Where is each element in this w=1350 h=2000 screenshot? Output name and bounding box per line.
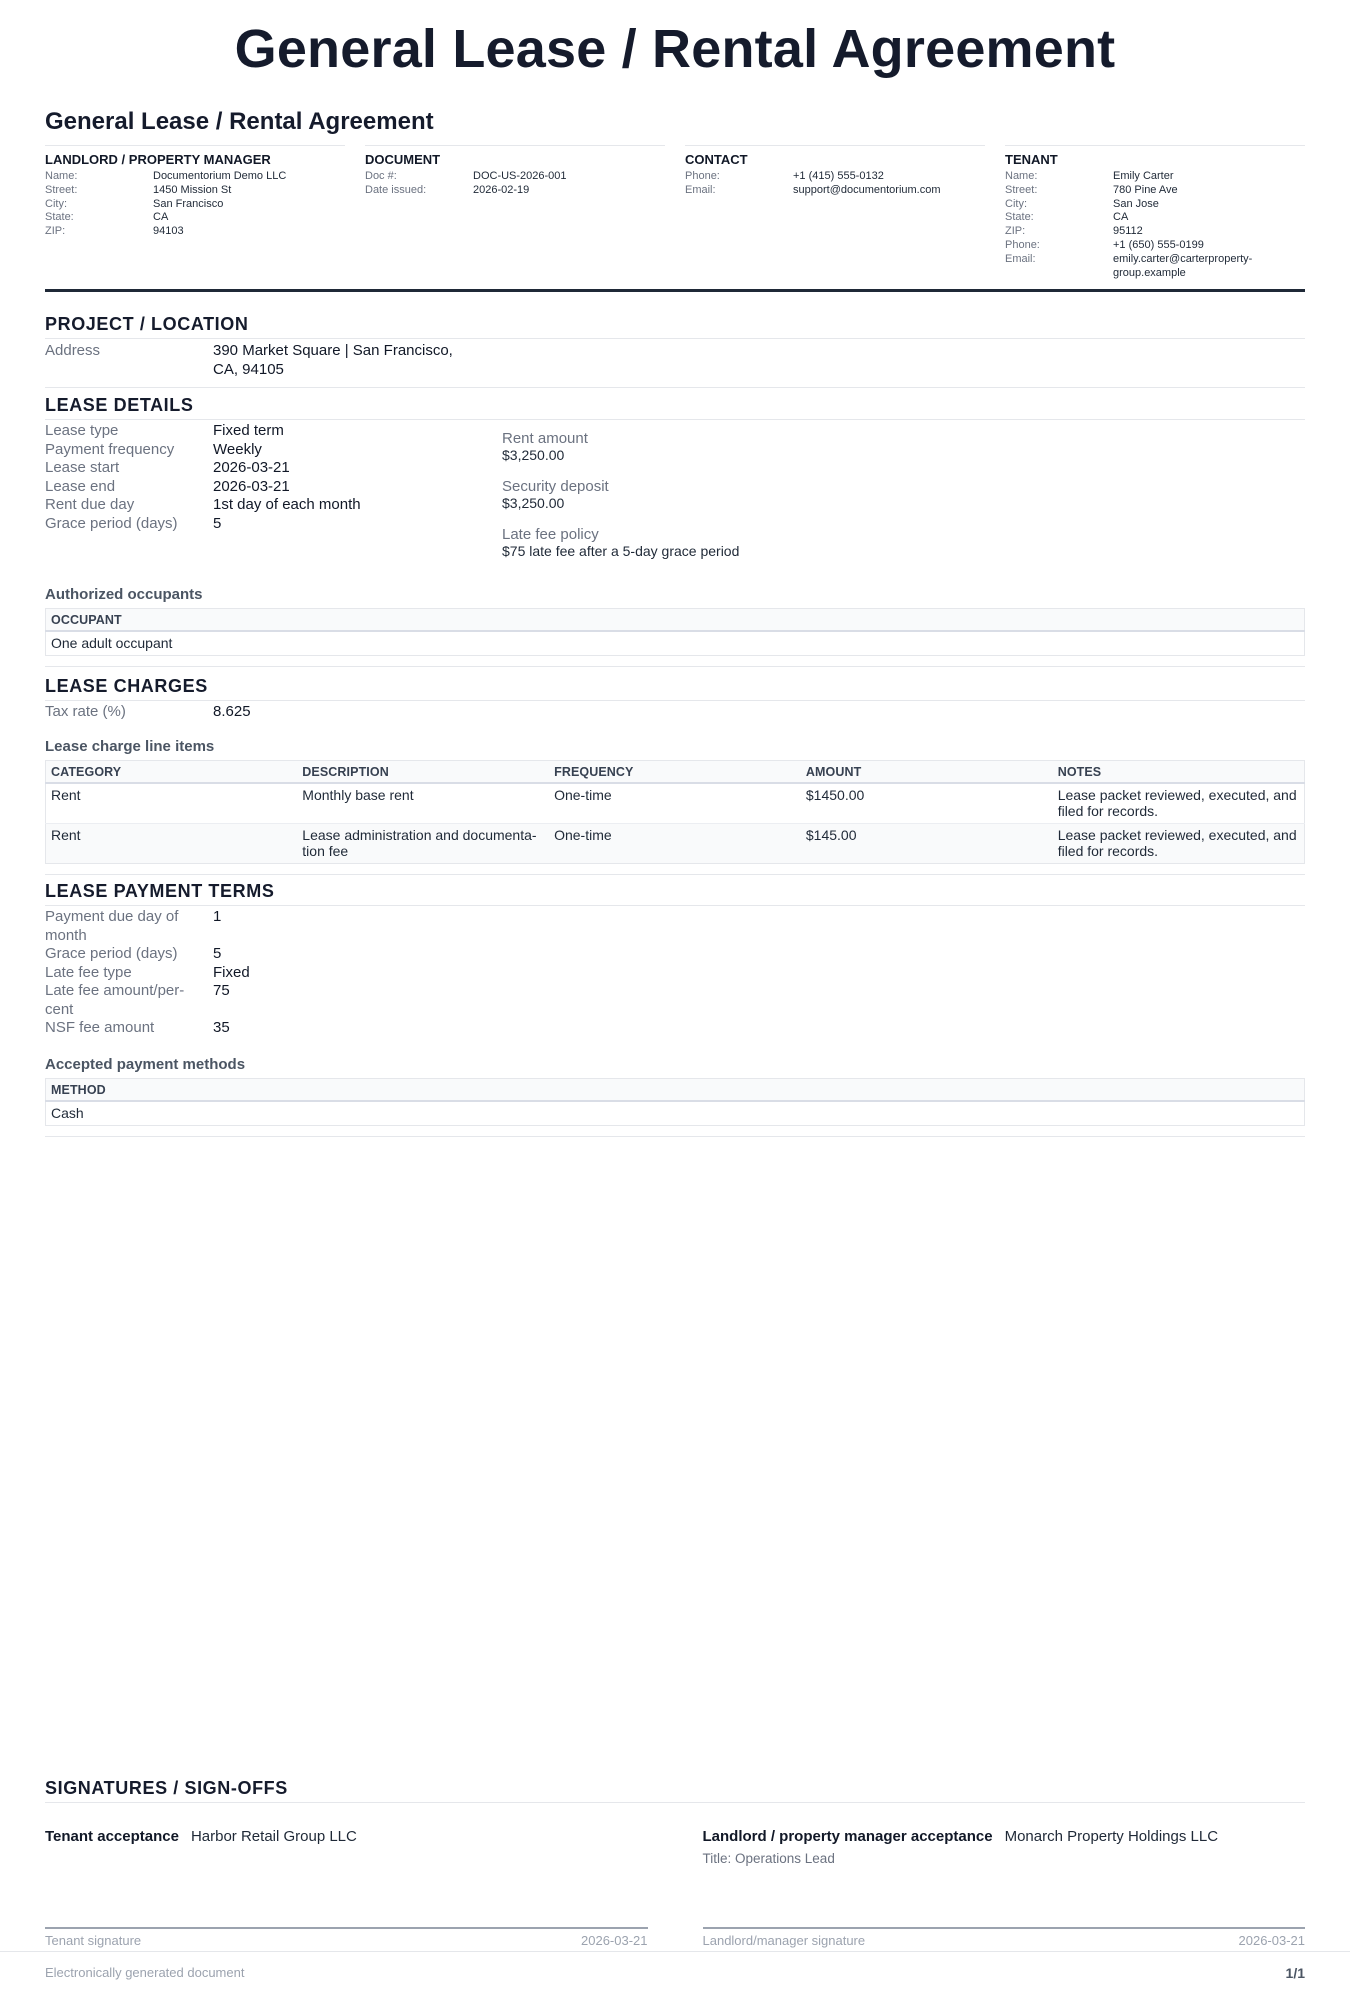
line-items-table: CATEGORY DESCRIPTION FREQUENCY AMOUNT NO… bbox=[45, 760, 1305, 864]
payment-terms-section: LEASE PAYMENT TERMS Payment due day of m… bbox=[45, 881, 1305, 1137]
amount-cell: $145.00 bbox=[801, 823, 1053, 863]
column-header: METHOD bbox=[46, 1078, 1305, 1101]
tenant-signature-block: Tenant acceptanceHarbor Retail Group LLC… bbox=[45, 1828, 648, 1948]
field-label: Rent due day bbox=[45, 496, 213, 515]
field-label: Phone: bbox=[1005, 239, 1113, 253]
document-heading: DOCUMENT bbox=[365, 152, 665, 167]
doc-number: DOC-US-2026-001 bbox=[473, 170, 567, 184]
tax-rate-label: Tax rate (%) bbox=[45, 703, 213, 722]
landlord-signature-date: 2026-03-21 bbox=[1239, 1933, 1306, 1948]
late-fee-amount: 75 bbox=[213, 982, 230, 1019]
field-label: Phone: bbox=[685, 170, 793, 184]
notes-cell: Lease packet reviewed, executed, and fil… bbox=[1053, 783, 1305, 824]
tenant-heading: TENANT bbox=[1005, 152, 1305, 167]
tenant-block: TENANT Name:Emily Carter Street:780 Pine… bbox=[1005, 145, 1305, 280]
tenant-zip: 95112 bbox=[1113, 225, 1143, 239]
landlord-signature-label: Landlord/manager signature bbox=[703, 1933, 866, 1948]
nsf-fee-amount: 35 bbox=[213, 1019, 230, 1038]
document-block: DOCUMENT Doc #:DOC-US-2026-001 Date issu… bbox=[365, 145, 665, 280]
page-number: 1/1 bbox=[1286, 1965, 1305, 1981]
column-header: DESCRIPTION bbox=[297, 760, 549, 783]
project-section: PROJECT / LOCATION Address 390 Market Sq… bbox=[45, 314, 1305, 388]
field-label: Lease start bbox=[45, 459, 213, 478]
security-deposit-label: Security deposit bbox=[502, 478, 739, 495]
field-label: Street: bbox=[45, 184, 153, 198]
field-label: Date issued: bbox=[365, 184, 473, 198]
address-value: 390 Market Square | San Francisco, CA, 9… bbox=[213, 342, 473, 379]
method-cell: Cash bbox=[46, 1101, 1305, 1126]
contact-email: support@documentorium.com bbox=[793, 184, 941, 198]
notes-cell: Lease packet reviewed, executed, and fil… bbox=[1053, 823, 1305, 863]
tenant-signature-label: Tenant signature bbox=[45, 1933, 141, 1948]
header-divider bbox=[45, 289, 1305, 292]
field-label: City: bbox=[1005, 198, 1113, 212]
rent-amount-label: Rent amount bbox=[502, 430, 739, 447]
column-header: FREQUENCY bbox=[549, 760, 801, 783]
signatures-section: SIGNATURES / SIGN-OFFS Tenant acceptance… bbox=[45, 1778, 1305, 1948]
landlord-title: Title: Operations Lead bbox=[703, 1851, 1306, 1866]
description-cell: Lease administration and documenta-tion … bbox=[297, 823, 549, 863]
lease-charges-section: LEASE CHARGES Tax rate (%) 8.625 Lease c… bbox=[45, 676, 1305, 875]
frequency-cell: One-time bbox=[549, 823, 801, 863]
amount-cell: $1450.00 bbox=[801, 783, 1053, 824]
field-label: ZIP: bbox=[1005, 225, 1113, 239]
payment-frequency: Weekly bbox=[213, 441, 262, 460]
tenant-signature-date: 2026-03-21 bbox=[581, 1933, 648, 1948]
field-label: Late fee type bbox=[45, 964, 195, 983]
landlord-signature-line[interactable]: Landlord/manager signature 2026-03-21 bbox=[703, 1927, 1306, 1948]
footer-divider bbox=[0, 1951, 1350, 1952]
lease-end: 2026-03-21 bbox=[213, 478, 290, 497]
landlord-acceptance-label: Landlord / property manager acceptance bbox=[703, 1828, 993, 1845]
landlord-name: Documentorium Demo LLC bbox=[153, 170, 286, 184]
tenant-email: emily.carter@carterproperty-group.exampl… bbox=[1113, 253, 1273, 281]
landlord-zip: 94103 bbox=[153, 225, 184, 239]
rent-amount: $3,250.00 bbox=[502, 447, 739, 464]
column-header: CATEGORY bbox=[46, 760, 298, 783]
address-label: Address bbox=[45, 342, 213, 379]
tenant-signature-line[interactable]: Tenant signature 2026-03-21 bbox=[45, 1927, 648, 1948]
tenant-state: CA bbox=[1113, 211, 1128, 225]
landlord-state: CA bbox=[153, 211, 168, 225]
payment-due-day: 1 bbox=[213, 908, 221, 945]
occupant-cell: One adult occupant bbox=[46, 631, 1305, 656]
field-label: Email: bbox=[685, 184, 793, 198]
occupants-heading: Authorized occupants bbox=[45, 586, 1305, 603]
landlord-acceptance-name: Monarch Property Holdings LLC bbox=[1005, 1828, 1218, 1845]
contact-block: CONTACT Phone:+1 (415) 555-0132 Email:su… bbox=[685, 145, 985, 280]
contact-phone: +1 (415) 555-0132 bbox=[793, 170, 884, 184]
header-info: LANDLORD / PROPERTY MANAGER Name:Documen… bbox=[45, 145, 1305, 280]
contact-heading: CONTACT bbox=[685, 152, 985, 167]
table-row: One adult occupant bbox=[46, 631, 1305, 656]
landlord-block: LANDLORD / PROPERTY MANAGER Name:Documen… bbox=[45, 145, 345, 280]
field-label: Payment frequency bbox=[45, 441, 213, 460]
tenant-phone: +1 (650) 555-0199 bbox=[1113, 239, 1204, 253]
field-label: Grace period (days) bbox=[45, 515, 213, 534]
tenant-acceptance-name: Harbor Retail Group LLC bbox=[191, 1828, 357, 1845]
tenant-city: San Jose bbox=[1113, 198, 1159, 212]
field-label: Email: bbox=[1005, 253, 1113, 281]
security-deposit: $3,250.00 bbox=[502, 495, 739, 512]
late-fee-policy-label: Late fee policy bbox=[502, 526, 739, 543]
grace-period-days: 5 bbox=[213, 945, 221, 964]
category-cell: Rent bbox=[46, 823, 298, 863]
column-header: AMOUNT bbox=[801, 760, 1053, 783]
field-label: Name: bbox=[45, 170, 153, 184]
lease-start: 2026-03-21 bbox=[213, 459, 290, 478]
footer-note: Electronically generated document bbox=[45, 1965, 244, 1980]
field-label: Doc #: bbox=[365, 170, 473, 184]
tenant-street: 780 Pine Ave bbox=[1113, 184, 1178, 198]
field-label: State: bbox=[1005, 211, 1113, 225]
landlord-street: 1450 Mission St bbox=[153, 184, 231, 198]
category-cell: Rent bbox=[46, 783, 298, 824]
field-label: Street: bbox=[1005, 184, 1113, 198]
field-label: NSF fee amount bbox=[45, 1019, 195, 1038]
document-title: General Lease / Rental Agreement bbox=[0, 18, 1350, 80]
frequency-cell: One-time bbox=[549, 783, 801, 824]
grace-period: 5 bbox=[213, 515, 221, 534]
lease-type: Fixed term bbox=[213, 422, 284, 441]
payment-methods-heading: Accepted payment methods bbox=[45, 1056, 1305, 1073]
payment-terms-heading: LEASE PAYMENT TERMS bbox=[45, 881, 1305, 906]
field-label: Name: bbox=[1005, 170, 1113, 184]
occupants-table: OCCUPANT One adult occupant bbox=[45, 608, 1305, 656]
document-subtitle: General Lease / Rental Agreement bbox=[45, 108, 434, 136]
late-fee-policy: $75 late fee after a 5-day grace period bbox=[502, 543, 739, 560]
lease-details-heading: LEASE DETAILS bbox=[45, 395, 1305, 420]
field-label: Lease type bbox=[45, 422, 213, 441]
signatures-heading: SIGNATURES / SIGN-OFFS bbox=[45, 1778, 1305, 1803]
field-label: Grace period (days) bbox=[45, 945, 195, 964]
landlord-city: San Francisco bbox=[153, 198, 223, 212]
date-issued: 2026-02-19 bbox=[473, 184, 529, 198]
table-row: Rent Monthly base rent One-time $1450.00… bbox=[46, 783, 1305, 824]
landlord-signature-block: Landlord / property manager acceptanceMo… bbox=[703, 1828, 1306, 1948]
project-heading: PROJECT / LOCATION bbox=[45, 314, 1305, 339]
line-items-heading: Lease charge line items bbox=[45, 738, 1305, 755]
field-label: State: bbox=[45, 211, 153, 225]
column-header: OCCUPANT bbox=[46, 609, 1305, 632]
field-label: City: bbox=[45, 198, 153, 212]
table-row: Cash bbox=[46, 1101, 1305, 1126]
tenant-acceptance-label: Tenant acceptance bbox=[45, 1828, 179, 1845]
column-header: NOTES bbox=[1053, 760, 1305, 783]
lease-charges-heading: LEASE CHARGES bbox=[45, 676, 1305, 701]
late-fee-type: Fixed bbox=[213, 964, 250, 983]
field-label: Payment due day of month bbox=[45, 908, 195, 945]
field-label: Late fee amount/per-cent bbox=[45, 982, 195, 1019]
field-label: ZIP: bbox=[45, 225, 153, 239]
payment-methods-table: METHOD Cash bbox=[45, 1078, 1305, 1126]
field-label: Lease end bbox=[45, 478, 213, 497]
tenant-name: Emily Carter bbox=[1113, 170, 1174, 184]
landlord-heading: LANDLORD / PROPERTY MANAGER bbox=[45, 152, 345, 167]
rent-due-day: 1st day of each month bbox=[213, 496, 361, 515]
description-cell: Monthly base rent bbox=[297, 783, 549, 824]
table-row: Rent Lease administration and documenta-… bbox=[46, 823, 1305, 863]
lease-details-section: LEASE DETAILS Lease typeFixed term Payme… bbox=[45, 395, 1305, 667]
tax-rate-value: 8.625 bbox=[213, 703, 251, 722]
